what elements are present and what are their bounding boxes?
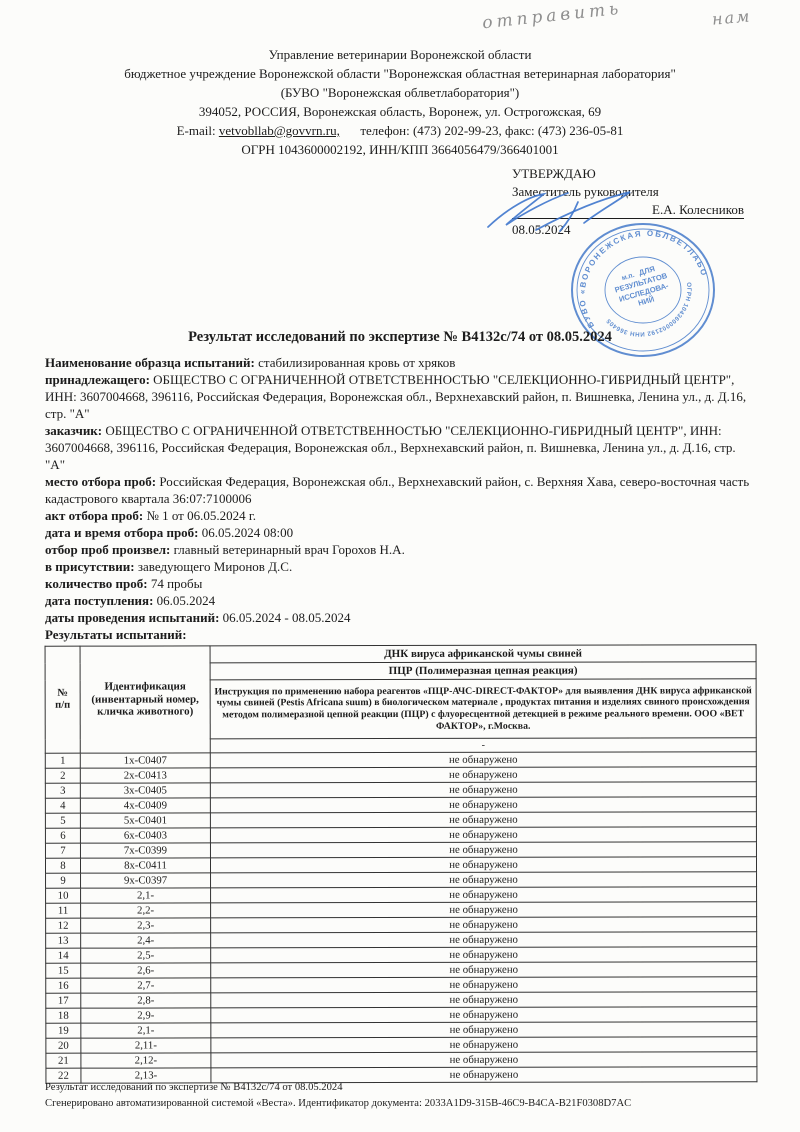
row-result: не обнаружено xyxy=(210,767,756,783)
table-row: 3 3х-С0405 не обнаружено xyxy=(45,782,756,798)
method-header: ПЦР (Полимеразная цепная реакция) xyxy=(210,662,756,680)
row-result: не обнаружено xyxy=(210,842,756,858)
table-row: 13 2,4- не обнаружено xyxy=(46,932,757,948)
sample-details: Наименование образца испытаний: стабилиз… xyxy=(45,354,757,643)
table-row: 21 2,12- не обнаружено xyxy=(46,1052,757,1068)
row-identification: 1х-С0407 xyxy=(80,753,210,768)
row-identification: 2,8- xyxy=(81,993,211,1008)
row-number: 5 xyxy=(45,813,80,828)
row-identification: 2,5- xyxy=(81,948,211,963)
detail-line: даты проведения испытаний: 06.05.2024 - … xyxy=(45,609,757,626)
detail-line: заказчик: ОБЩЕСТВО С ОГРАНИЧЕННОЙ ОТВЕТС… xyxy=(45,422,757,473)
row-result: не обнаружено xyxy=(210,857,756,873)
row-number: 6 xyxy=(45,828,80,843)
detail-line: дата и время отбора проб: 06.05.2024 08:… xyxy=(45,524,757,541)
org-short-name-line: (БУВО "Воронежская облветлаборатория") xyxy=(0,83,800,102)
detail-line: Результаты испытаний: xyxy=(45,626,757,643)
table-row: 17 2,8- не обнаружено xyxy=(46,992,757,1008)
row-number: 19 xyxy=(46,1023,81,1038)
results-table-body: 1 1х-С0407 не обнаружено 2 2х-С0413 не о… xyxy=(45,752,757,1083)
row-result: не обнаружено xyxy=(210,782,756,798)
method-description: Инструкция по применению набора реагенто… xyxy=(210,679,756,739)
detail-line: дата поступления: 06.05.2024 xyxy=(45,592,757,609)
dash-cell: - xyxy=(210,738,756,753)
detail-label: даты проведения испытаний: xyxy=(45,610,219,625)
org-contacts-line: E-mail: vetvobllab@govvrn.ru, телефон: (… xyxy=(0,121,800,140)
detail-line: место отбора проб: Российская Федерация,… xyxy=(45,473,757,507)
row-result: не обнаружено xyxy=(211,932,757,948)
table-row: 18 2,9- не обнаружено xyxy=(46,1007,757,1023)
row-result: не обнаружено xyxy=(211,872,757,888)
detail-label: Результаты испытаний: xyxy=(45,627,187,642)
row-identification: 2,4- xyxy=(81,933,211,948)
row-number: 12 xyxy=(46,918,81,933)
row-number: 3 xyxy=(45,783,80,798)
row-number: 16 xyxy=(46,978,81,993)
document-footer: Результат исследований по экспертизе № В… xyxy=(45,1080,631,1111)
row-identification: 2,9- xyxy=(81,1008,211,1023)
detail-value: 74 пробы xyxy=(151,576,203,591)
row-number: 1 xyxy=(45,753,80,768)
row-result: не обнаружено xyxy=(211,1052,757,1068)
signature-line: Е.А. Колесников xyxy=(512,201,744,219)
table-row: 15 2,6- не обнаружено xyxy=(46,962,757,978)
detail-value: стабилизированная кровь от хряков xyxy=(258,355,455,370)
table-row: 9 9х-С0397 не обнаружено xyxy=(46,872,757,888)
row-number: 15 xyxy=(46,963,81,978)
detail-line: акт отбора проб: № 1 от 06.05.2024 г. xyxy=(45,507,757,524)
detail-label: количество проб: xyxy=(45,576,148,591)
row-result: не обнаружено xyxy=(211,1022,757,1038)
table-row: 1 1х-С0407 не обнаружено xyxy=(45,752,756,768)
handwritten-note-right: нам xyxy=(711,6,752,28)
detail-value: ОБЩЕСТВО С ОГРАНИЧЕННОЙ ОТВЕТСТВЕННОСТЬЮ… xyxy=(45,372,746,421)
row-result: не обнаружено xyxy=(211,1037,757,1053)
detail-line: в присутствии: заведующего Миронов Д.С. xyxy=(45,558,757,575)
row-identification: 4х-С0409 xyxy=(80,798,210,813)
detail-value: заведующего Миронов Д.С. xyxy=(138,559,292,574)
row-result: не обнаружено xyxy=(211,962,757,978)
detail-line: Наименование образца испытаний: стабилиз… xyxy=(45,354,757,371)
table-row: 20 2,11- не обнаружено xyxy=(46,1037,757,1053)
row-number: 18 xyxy=(46,1008,81,1023)
table-row: 5 5х-С0401 не обнаружено xyxy=(45,812,756,828)
table-row: 11 2,2- не обнаружено xyxy=(46,902,757,918)
detail-value: 06.05.2024 08:00 xyxy=(202,525,293,540)
row-identification: 2,1- xyxy=(81,1023,211,1038)
row-result: не обнаружено xyxy=(211,902,757,918)
org-institution-line: бюджетное учреждение Воронежской области… xyxy=(0,64,800,83)
row-identification: 7х-С0399 xyxy=(80,843,210,858)
detail-label: в присутствии: xyxy=(45,559,135,574)
detail-label: принадлежащего: xyxy=(45,372,150,387)
row-number: 4 xyxy=(45,798,80,813)
row-identification: 8х-С0411 xyxy=(80,858,210,873)
table-row: 14 2,5- не обнаружено xyxy=(46,947,757,963)
row-number: 21 xyxy=(46,1053,81,1068)
row-result: не обнаружено xyxy=(210,827,756,843)
row-identification: 3х-С0405 xyxy=(80,783,210,798)
col-header-identification: Идентификация (инвентарный номер, кличка… xyxy=(80,646,210,753)
row-result: не обнаружено xyxy=(211,977,757,993)
row-identification: 2,7- xyxy=(81,978,211,993)
row-number: 20 xyxy=(46,1038,81,1053)
detail-value: № 1 от 06.05.2024 г. xyxy=(146,508,256,523)
row-number: 14 xyxy=(46,948,81,963)
test-name-header: ДНК вируса африканской чумы свиней xyxy=(210,645,756,663)
footer-generated-line: Сгенерировано автоматизированной системо… xyxy=(45,1096,631,1112)
row-result: не обнаружено xyxy=(210,752,756,768)
handwritten-note-left: отправить xyxy=(481,0,623,33)
row-identification: 9х-С0397 xyxy=(81,873,211,888)
row-identification: 2,1- xyxy=(81,888,211,903)
row-result: не обнаружено xyxy=(210,797,756,813)
document-page: отправить нам Управление ветеринарии Вор… xyxy=(0,0,800,1132)
detail-value: 06.05.2024 - 08.05.2024 xyxy=(223,610,351,625)
detail-label: акт отбора проб: xyxy=(45,508,143,523)
table-row: 7 7х-С0399 не обнаружено xyxy=(45,842,756,858)
detail-line: принадлежащего: ОБЩЕСТВО С ОГРАНИЧЕННОЙ … xyxy=(45,371,757,422)
detail-value: ОБЩЕСТВО С ОГРАНИЧЕННОЙ ОТВЕТСТВЕННОСТЬЮ… xyxy=(45,423,736,472)
row-number: 11 xyxy=(46,903,81,918)
col-header-number: № п/п xyxy=(45,646,80,753)
row-result: не обнаружено xyxy=(211,887,757,903)
row-number: 13 xyxy=(46,933,81,948)
org-ogrn-inn-line: ОГРН 1043600002192, ИНН/КПП 3664056479/3… xyxy=(0,140,800,159)
detail-value: главный ветеринарный врач Горохов Н.А. xyxy=(174,542,405,557)
row-number: 2 xyxy=(45,768,80,783)
table-row: 16 2,7- не обнаружено xyxy=(46,977,757,993)
test-name-row: № п/п Идентификация (инвентарный номер, … xyxy=(45,645,756,663)
table-row: 6 6х-С0403 не обнаружено xyxy=(45,827,756,843)
detail-label: заказчик: xyxy=(45,423,102,438)
row-number: 7 xyxy=(45,843,80,858)
email-label: E-mail: xyxy=(177,123,216,138)
approve-label: УТВЕРЖДАЮ xyxy=(512,165,744,183)
table-row: 4 4х-С0409 не обнаружено xyxy=(45,797,756,813)
row-identification: 2,12- xyxy=(81,1053,211,1068)
table-row: 12 2,3- не обнаружено xyxy=(46,917,757,933)
email-link[interactable]: vetvobllab@govvrn.ru, xyxy=(219,123,340,138)
org-name-line: Управление ветеринарии Воронежской облас… xyxy=(0,45,800,64)
row-identification: 5х-С0401 xyxy=(80,813,210,828)
row-result: не обнаружено xyxy=(211,992,757,1008)
row-result: не обнаружено xyxy=(211,947,757,963)
row-number: 9 xyxy=(46,873,81,888)
row-result: не обнаружено xyxy=(210,812,756,828)
detail-line: отбор проб произвел: главный ветеринарны… xyxy=(45,541,757,558)
row-identification: 6х-С0403 xyxy=(80,828,210,843)
organization-header: Управление ветеринарии Воронежской облас… xyxy=(0,45,800,159)
detail-label: дата поступления: xyxy=(45,593,153,608)
row-number: 10 xyxy=(46,888,81,903)
approver-name: Е.А. Колесников xyxy=(652,202,744,217)
row-result: не обнаружено xyxy=(211,1007,757,1023)
row-number: 17 xyxy=(46,993,81,1008)
org-address-line: 394052, РОССИЯ, Воронежская область, Вор… xyxy=(0,102,800,121)
detail-label: Наименование образца испытаний: xyxy=(45,355,255,370)
row-identification: 2х-С0413 xyxy=(80,768,210,783)
table-row: 2 2х-С0413 не обнаружено xyxy=(45,767,756,783)
row-number: 8 xyxy=(45,858,80,873)
footer-expertise-line: Результат исследований по экспертизе № В… xyxy=(45,1080,631,1096)
row-identification: 2,11- xyxy=(81,1038,211,1053)
row-result: не обнаружено xyxy=(211,917,757,933)
table-row: 10 2,1- не обнаружено xyxy=(46,887,757,903)
row-identification: 2,6- xyxy=(81,963,211,978)
phone-fax-text: телефон: (473) 202-99-23, факс: (473) 23… xyxy=(360,123,623,138)
row-identification: 2,3- xyxy=(81,918,211,933)
results-table-header: № п/п Идентификация (инвентарный номер, … xyxy=(45,645,756,753)
table-row: 19 2,1- не обнаружено xyxy=(46,1022,757,1038)
results-table: № п/п Идентификация (инвентарный номер, … xyxy=(45,644,758,1083)
document-title: Результат исследований по экспертизе № В… xyxy=(0,329,800,346)
detail-line: количество проб: 74 пробы xyxy=(45,575,757,592)
detail-label: отбор проб произвел: xyxy=(45,542,170,557)
detail-label: место отбора проб: xyxy=(45,474,156,489)
approver-position: Заместитель руководителя xyxy=(512,183,744,201)
detail-label: дата и время отбора проб: xyxy=(45,525,199,540)
detail-value: 06.05.2024 xyxy=(157,593,216,608)
table-row: 8 8х-С0411 не обнаружено xyxy=(45,857,756,873)
row-identification: 2,2- xyxy=(81,903,211,918)
